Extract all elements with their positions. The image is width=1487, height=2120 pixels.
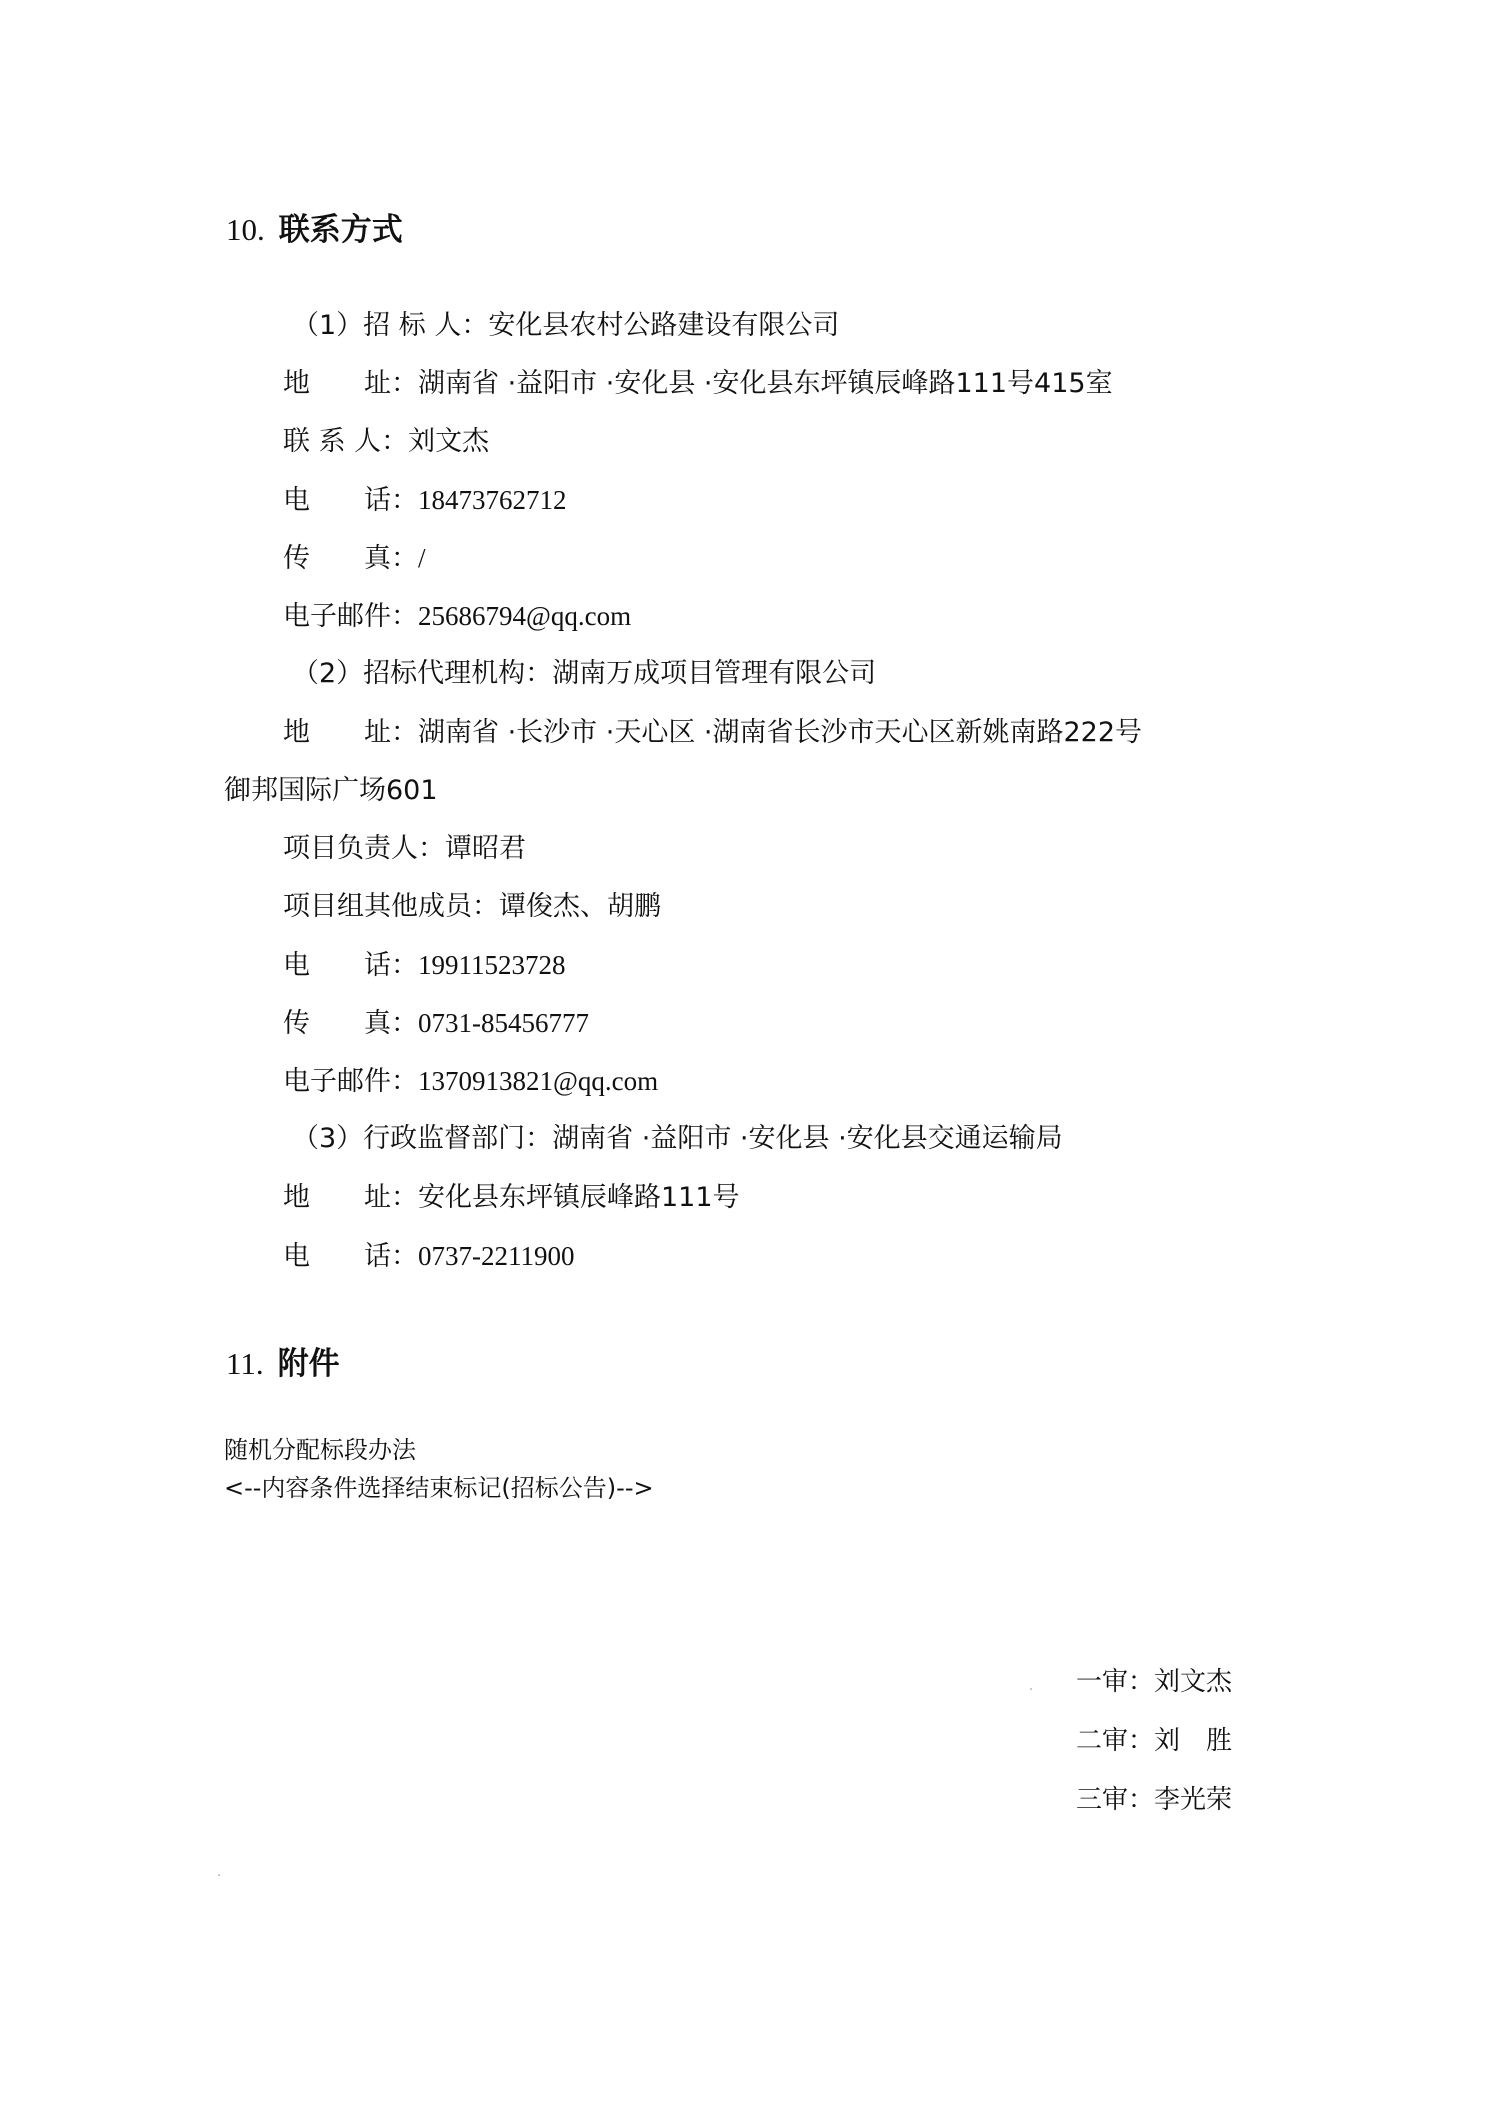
email-value: 25686794@qq.com (418, 601, 631, 631)
agency-manager: 项目负责人：谭昭君 (283, 831, 526, 867)
address-label: 地 址： (283, 715, 418, 751)
manager-value: 谭昭君 (445, 833, 526, 864)
section-title: 附件 (278, 1346, 340, 1382)
review-label: 三审： (1076, 1785, 1154, 1815)
review-first: 一审：刘文杰 (1076, 1664, 1232, 1700)
phone-value: 18473762712 (418, 485, 567, 515)
scan-speck (1030, 1688, 1032, 1690)
tenderer-phone: 电 话：18473762712 (283, 482, 567, 519)
email-value: 1370913821@qq.com (418, 1066, 658, 1096)
supervisor-heading: （3）行政监督部门：湖南省 ·益阳市 ·安化县 ·安化县交通运输局 (292, 1121, 1063, 1157)
section-title: 联系方式 (279, 212, 403, 248)
review-name: 李光荣 (1154, 1785, 1232, 1815)
tenderer-heading: （1）招 标 人：安化县农村公路建设有限公司 (292, 308, 839, 344)
supervisor-phone: 电 话：0737-2211900 (283, 1238, 575, 1275)
members-value: 谭俊杰、胡鹏 (499, 891, 661, 922)
section-11-heading: 11.附件 (226, 1344, 340, 1384)
supervisor-name: 湖南省 ·益阳市 ·安化县 ·安化县交通运输局 (552, 1123, 1063, 1154)
supervisor-address: 地 址：安化县东坪镇辰峰路111号 (283, 1180, 740, 1216)
attachment-title: 随机分配标段办法 (224, 1434, 416, 1466)
phone-label: 电 话： (283, 1239, 418, 1275)
contact-label: 联 系 人： (283, 424, 408, 460)
address-label: 地 址： (283, 1180, 418, 1216)
tenderer-contact: 联 系 人：刘文杰 (283, 424, 489, 460)
document-page: 10.联系方式 （1）招 标 人：安化县农村公路建设有限公司 地 址：湖南省 ·… (0, 0, 1487, 2120)
agency-heading: （2）招标代理机构：湖南万成项目管理有限公司 (292, 656, 876, 692)
agency-address-continued: 御邦国际广场601 (224, 773, 438, 809)
members-label: 项目组其他成员： (283, 889, 499, 925)
section-number: 11. (226, 1346, 264, 1381)
phone-label: 电 话： (283, 483, 418, 519)
fax-label: 传 真： (283, 1006, 418, 1042)
agency-address: 地 址：湖南省 ·长沙市 ·天心区 ·湖南省长沙市天心区新姚南路222号 (283, 715, 1142, 751)
tenderer-label: （1）招 标 人： (292, 310, 488, 341)
phone-value: 19911523728 (418, 950, 566, 980)
address-value: 湖南省 ·长沙市 ·天心区 ·湖南省长沙市天心区新姚南路222号 (418, 717, 1142, 748)
tenderer-email: 电子邮件：25686794@qq.com (283, 598, 631, 635)
tenderer-name: 安化县农村公路建设有限公司 (488, 310, 839, 341)
agency-label: （2）招标代理机构： (292, 658, 552, 689)
fax-value: 0731-85456777 (418, 1008, 589, 1038)
scan-speck (218, 1874, 220, 1876)
tenderer-fax: 传 真：/ (283, 540, 426, 577)
address-value: 安化县东坪镇辰峰路111号 (418, 1182, 740, 1213)
address-value: 湖南省 ·益阳市 ·安化县 ·安化县东坪镇辰峰路111号415室 (418, 368, 1113, 399)
section-number: 10. (226, 212, 265, 247)
address-label: 地 址： (283, 366, 418, 402)
tenderer-address: 地 址：湖南省 ·益阳市 ·安化县 ·安化县东坪镇辰峰路111号415室 (283, 366, 1113, 402)
review-name: 刘文杰 (1154, 1667, 1232, 1697)
end-marker: <--内容条件选择结束标记(招标公告)--> (224, 1472, 654, 1504)
email-label: 电子邮件： (283, 1064, 418, 1100)
contact-value: 刘文杰 (408, 426, 489, 457)
phone-label: 电 话： (283, 948, 418, 984)
phone-value: 0737-2211900 (418, 1241, 575, 1271)
email-label: 电子邮件： (283, 599, 418, 635)
fax-label: 传 真： (283, 541, 418, 577)
fax-value: / (418, 543, 426, 573)
agency-email: 电子邮件：1370913821@qq.com (283, 1063, 658, 1100)
review-third: 三审：李光荣 (1076, 1782, 1232, 1818)
agency-phone: 电 话：19911523728 (283, 947, 566, 984)
manager-label: 项目负责人： (283, 831, 445, 867)
review-label: 二审： (1076, 1726, 1154, 1756)
supervisor-label: （3）行政监督部门： (292, 1123, 552, 1154)
review-second: 二审：刘 胜 (1076, 1723, 1232, 1759)
section-10-heading: 10.联系方式 (226, 210, 403, 250)
agency-name: 湖南万成项目管理有限公司 (552, 658, 876, 689)
agency-fax: 传 真：0731-85456777 (283, 1005, 589, 1042)
agency-members: 项目组其他成员：谭俊杰、胡鹏 (283, 889, 661, 925)
review-label: 一审： (1076, 1667, 1154, 1697)
review-name: 刘 胜 (1154, 1726, 1232, 1756)
